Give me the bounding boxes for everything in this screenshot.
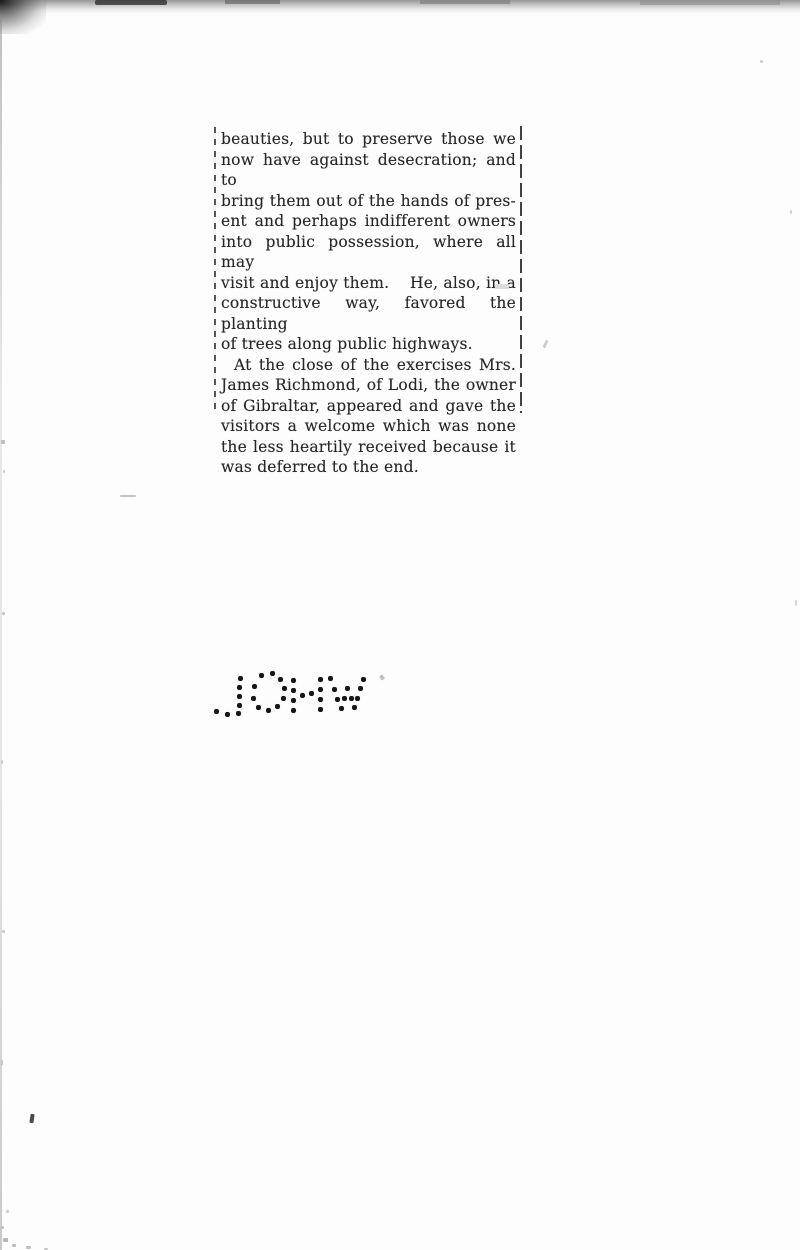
clipping-line: visitors a welcome which was none [221, 416, 516, 437]
stamp-dot [361, 677, 366, 682]
stamp-dot [282, 686, 287, 691]
clipping-line: the less heartily received because it [221, 437, 516, 458]
stamp-dot [237, 703, 242, 708]
stamp-dot [352, 705, 357, 710]
stamp-dot [358, 686, 363, 691]
scan-speckle [542, 340, 548, 349]
stamp-dot [291, 688, 296, 693]
scan-speckle [12, 1244, 16, 1247]
clipping-line: into public possession, where all may [221, 232, 516, 273]
stamp-dot [225, 712, 230, 717]
scan-speckle [3, 1238, 8, 1242]
scan-speckle [495, 284, 509, 289]
stamp-dot [281, 696, 286, 701]
stamp-dot [349, 696, 354, 701]
scan-speckle [1, 760, 3, 764]
scan-top-edge-smudge [95, 0, 167, 5]
scan-top-edge-smudge [420, 0, 510, 4]
stamp-dot [318, 687, 323, 692]
stamp-dot [237, 694, 242, 699]
scan-speckle [1, 1226, 4, 1229]
stamp-dot [252, 684, 257, 689]
stamp-dot [259, 673, 264, 678]
stamp-dot [339, 706, 344, 711]
clipping-left-edge-line [214, 127, 216, 412]
scan-speckle [2, 930, 5, 933]
stamp-dot [291, 708, 296, 713]
clipping-line: beauties, but to preserve those we [221, 129, 516, 150]
stamp-dot [275, 704, 280, 709]
scan-top-edge-smudge [640, 0, 780, 5]
stamp-dot [318, 697, 323, 702]
stamp-dot [309, 691, 314, 696]
stamp-dot [291, 698, 296, 703]
scan-speckle [2, 612, 5, 615]
clipping-line: now have against desecration; and to [221, 150, 516, 191]
scan-speckle [29, 1114, 34, 1123]
stamp-dot [355, 696, 360, 701]
scan-speckle [760, 60, 763, 63]
scan-top-edge-smudge [225, 0, 280, 4]
clipping-right-edge-line [520, 126, 522, 413]
stamp-dot [214, 709, 219, 714]
clipping-line: bring them out of the hands of pres- [221, 191, 516, 212]
scan-speckle [26, 1246, 31, 1249]
clipping-line: ent and perhaps indifferent owners [221, 211, 516, 232]
clipping-text: beauties, but to preserve those wenow ha… [221, 129, 516, 478]
scan-speckle [790, 210, 792, 214]
clipping-line: At the close of the exercises Mrs. [221, 355, 516, 376]
stamp-dot [300, 693, 305, 698]
stamp-dot [266, 708, 271, 713]
scan-speckle [795, 600, 797, 606]
scan-corner-smudge [0, 0, 46, 34]
stamp-dot [251, 696, 256, 701]
clipping-line: of Gibraltar, appeared and gave the [221, 396, 516, 417]
stamp-dot [238, 676, 243, 681]
stamp-dot [318, 677, 323, 682]
stamp-dot [332, 687, 337, 692]
scan-speckle [1, 440, 5, 444]
scan-speckle [1, 1060, 3, 1065]
scan-speckle [120, 495, 136, 497]
scan-speckle [6, 1210, 9, 1213]
clipping-line: of trees along public highways. [221, 334, 516, 355]
stamp-dot [237, 685, 242, 690]
stamp-dot [291, 678, 296, 683]
stamp-dot [270, 671, 275, 676]
clipping-line: James Richmond, of Lodi, the owner [221, 375, 516, 396]
stamp-dot [278, 677, 283, 682]
stamp-dot [256, 705, 261, 710]
scan-speckle [3, 470, 5, 473]
clipping-line: constructive way, favored the planting [221, 293, 516, 334]
newspaper-clipping: beauties, but to preserve those wenow ha… [214, 126, 522, 478]
stamp-dot [318, 707, 323, 712]
stamp-dot [345, 686, 350, 691]
stamp-dot [236, 711, 241, 716]
clipping-line: was deferred to the end. [221, 457, 516, 478]
scanned-page: beauties, but to preserve those wenow ha… [0, 0, 800, 1250]
clipping-line: visit and enjoy them. He, also, in a [221, 273, 516, 294]
stamp-dot [328, 676, 333, 681]
stamp-dot [335, 697, 340, 702]
scan-speckle [379, 674, 385, 680]
stamp-dot [342, 696, 347, 701]
